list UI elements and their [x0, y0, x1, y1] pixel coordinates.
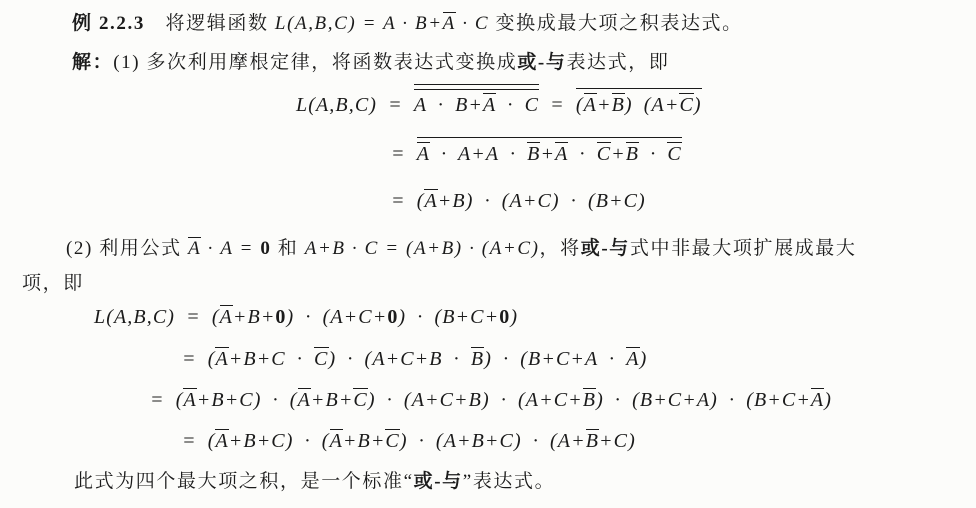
- text-token: ) · (B+C+A ·: [484, 348, 626, 370]
- text-token: +B+C ·: [229, 348, 314, 370]
- formula-line-1: L(A,B,C) = A · B+A · C = (A+B) (A+C): [296, 84, 702, 117]
- solution-step1-line: 解：(1) 多次利用摩根定律，将函数表达式变换成或-与表达式，即: [72, 47, 669, 74]
- overlined-token: B: [471, 347, 484, 370]
- text-token: 解：: [72, 52, 113, 73]
- text-token: = (: [150, 389, 183, 411]
- text-token: · C: [496, 94, 539, 116]
- overline-group: A · B+A · C: [414, 84, 539, 117]
- overlined-token: C: [353, 388, 367, 411]
- overlined-token: B: [527, 142, 540, 165]
- text-token: L(A,B,C) = (: [94, 306, 220, 328]
- text-token: (1) 多次利用摩根定律，将函数表达式变换成: [113, 52, 517, 73]
- text-token: 0: [275, 306, 286, 328]
- text-token: +B+: [233, 306, 276, 328]
- text-token: +C): [599, 430, 636, 452]
- text-token: 此式为四个最大项之积，是一个标准“: [74, 471, 414, 492]
- text-token: (: [576, 94, 584, 116]
- text-token: =: [539, 94, 576, 116]
- text-token: +: [611, 143, 626, 165]
- text-token: 0: [499, 306, 510, 328]
- overlined-token: B: [586, 429, 599, 452]
- text-token: ) · (A+C+B) · (A+C+: [368, 389, 583, 411]
- overlined-token: B: [626, 142, 639, 165]
- formula-line-7: = (A+B+C) · (A+B+C) · (A+B+C) · (A+B+C): [182, 429, 636, 453]
- overlined-token: C: [314, 347, 328, 370]
- step2-paragraph-line1: (2) 利用公式 A · A = 0 和 A+B · C = (A+B) · (…: [66, 233, 856, 260]
- text-token: (2) 利用公式: [66, 238, 188, 259]
- overlined-token: A: [188, 237, 201, 259]
- text-token: 和: [271, 238, 304, 259]
- text-token: +B+C) · (: [229, 430, 330, 452]
- text-token: ·: [639, 143, 667, 165]
- overlined-token: A: [215, 429, 228, 452]
- text-token: +B+: [311, 389, 354, 411]
- text-token: ) · (B+C+: [398, 306, 499, 328]
- text-token: 0: [387, 306, 398, 328]
- text-token: 例 2.2.3: [72, 13, 145, 34]
- text-token: · A =: [201, 238, 260, 259]
- textbook-page: 例 2.2.3 将逻辑函数 L(A,B,C) = A · B+A · C 变换成…: [0, 0, 976, 508]
- formula-line-6: = (A+B+C) · (A+B+C) · (A+C+B) · (A+C+B) …: [150, 388, 832, 412]
- overlined-token: A: [183, 388, 196, 411]
- formula-line-4: L(A,B,C) = (A+B+0) · (A+C+0) · (B+C+0): [94, 305, 518, 329]
- step2-paragraph-line2: 项，即: [22, 268, 84, 295]
- text-token: +B+C) · (: [197, 389, 298, 411]
- formula-line-2: = A · A+A · B+A · C+B · C: [391, 137, 682, 166]
- text-token: 或-与: [517, 52, 566, 73]
- overlined-token: A: [483, 93, 496, 116]
- text-token: ): [640, 348, 648, 370]
- text-token: +B+: [343, 430, 386, 452]
- overlined-token: B: [583, 388, 596, 411]
- overlined-token: B: [612, 93, 625, 116]
- overline-group-inner: A · B+A · C: [414, 89, 539, 117]
- text-token: ·: [568, 143, 596, 165]
- overlined-token: A: [424, 189, 437, 212]
- overlined-token: A: [417, 142, 430, 165]
- text-token: +: [540, 143, 555, 165]
- text-token: 将逻辑函数: [145, 13, 275, 34]
- formula-line-3: = (A+B) · (A+C) · (B+C): [391, 189, 646, 213]
- overlined-token: C: [385, 429, 399, 452]
- overlined-token: A: [298, 388, 311, 411]
- text-token: ): [694, 94, 702, 116]
- text-token: ) · (A+C+: [287, 306, 388, 328]
- text-token: A · B+: [414, 94, 483, 116]
- conclusion-line: 此式为四个最大项之积，是一个标准“或-与”表达式。: [74, 466, 555, 493]
- text-token: ”表达式。: [463, 471, 555, 492]
- text-token: 表达式，即: [566, 52, 669, 73]
- overlined-token: A: [811, 388, 824, 411]
- text-token: 或-与: [414, 471, 463, 492]
- text-token: ): [510, 306, 518, 328]
- overline-group: A · A+A · B+A · C+B · C: [417, 137, 682, 166]
- text-token: ) · (A+B+C) · (A+: [400, 430, 586, 452]
- text-token: ，将: [540, 238, 581, 259]
- overlined-token: C: [667, 142, 681, 165]
- text-token: L(A,B,C) =: [296, 94, 414, 116]
- overlined-token: A: [584, 93, 597, 116]
- text-token: ): [824, 389, 832, 411]
- text-token: 或-与: [581, 238, 630, 259]
- overlined-token: A: [626, 347, 639, 370]
- overlined-token: A: [443, 12, 456, 34]
- overlined-token: A: [215, 347, 228, 370]
- text-token: =: [391, 143, 417, 165]
- text-token: 式中非最大项扩展成最大: [630, 238, 857, 259]
- overlined-token: A: [330, 429, 343, 452]
- text-token: +B) · (A+C) · (B+C): [438, 190, 646, 212]
- overlined-token: C: [679, 93, 693, 116]
- text-token: L(A,B,C) = A · B+: [275, 13, 443, 34]
- text-token: A+: [652, 94, 680, 116]
- text-token: ) (: [625, 94, 652, 116]
- text-token: = (: [391, 190, 424, 212]
- overlined-token: A: [220, 305, 233, 328]
- text-token: = (: [182, 348, 215, 370]
- overline-group: (A+B) (A+C): [576, 88, 702, 117]
- overlined-token: A: [555, 142, 568, 165]
- text-token: · C: [456, 13, 489, 34]
- text-token: A+B · C = (A+B) · (A+C): [305, 238, 540, 259]
- example-heading: 例 2.2.3 将逻辑函数 L(A,B,C) = A · B+A · C 变换成…: [72, 8, 743, 35]
- formula-line-5: = (A+B+C · C) · (A+C+B · B) · (B+C+A · A…: [182, 347, 647, 371]
- text-token: +: [597, 94, 612, 116]
- text-token: 变换成最大项之积表达式。: [489, 13, 743, 34]
- text-token: ) · (A+C+B ·: [329, 348, 471, 370]
- text-token: · A+A ·: [430, 143, 527, 165]
- text-token: ) · (B+C+A) · (B+C+: [596, 389, 811, 411]
- text-token: = (: [182, 430, 215, 452]
- text-token: 0: [260, 238, 271, 259]
- overlined-token: C: [597, 142, 611, 165]
